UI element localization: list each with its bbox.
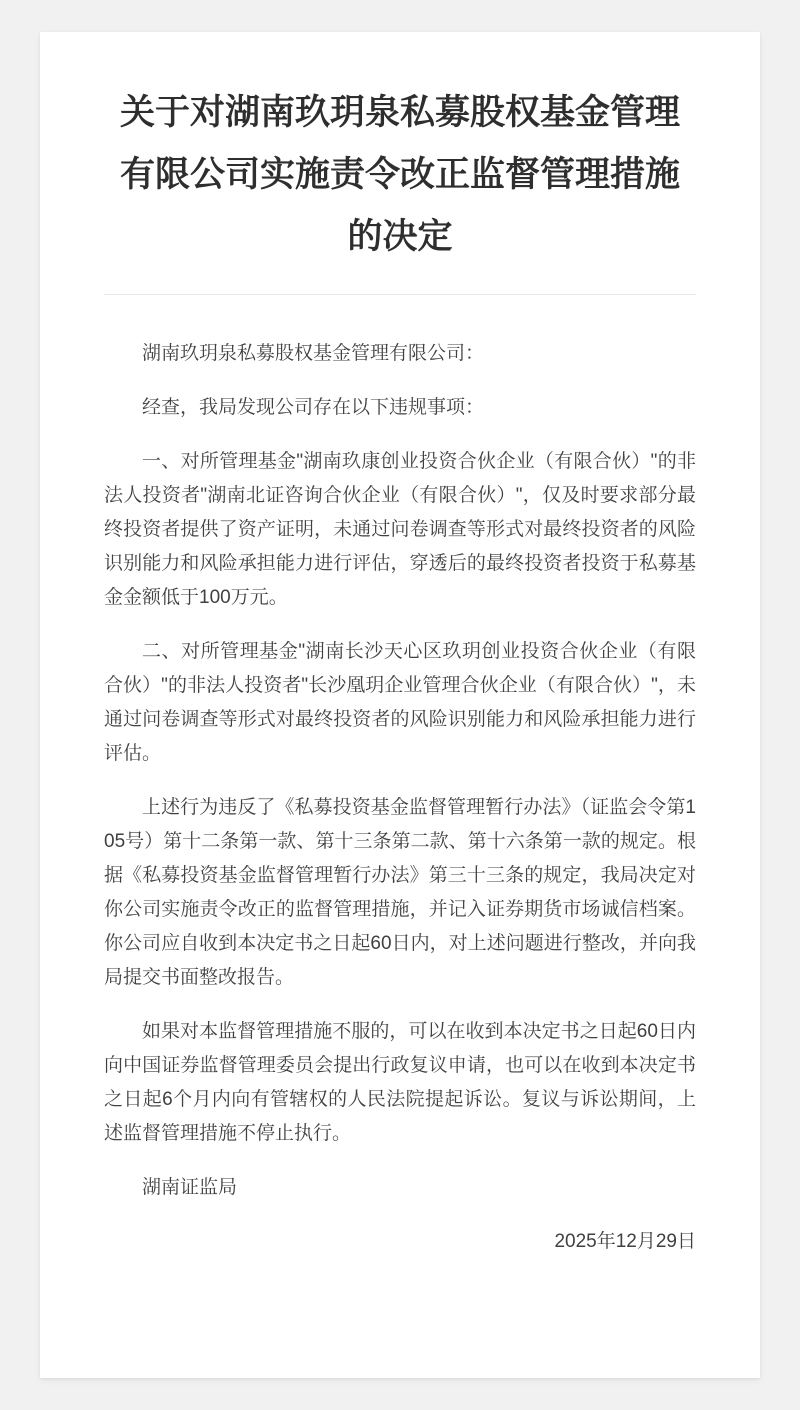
title-divider [104,294,696,295]
issuing-authority-signature: 湖南证监局 [104,1171,696,1205]
intro-paragraph: 经查，我局发现公司存在以下违规事项： [104,391,696,425]
legal-basis-paragraph: 上述行为违反了《私募投资基金监督管理暂行办法》（证监会令第105号）第十二条第一… [104,791,696,995]
violation-item-2-paragraph: 二、对所管理基金"湖南长沙天心区玖玥创业投资合伙企业（有限合伙）"的非法人投资者… [104,635,696,771]
appeal-rights-paragraph: 如果对本监督管理措施不服的，可以在收到本决定书之日起60日内向中国证券监督管理委… [104,1015,696,1151]
document-title: 关于对湖南玖玥泉私募股权基金管理有限公司实施责令改正监督管理措施的决定 [104,82,696,268]
issue-date: 2025年12月29日 [104,1225,696,1259]
document-body: 湖南玖玥泉私募股权基金管理有限公司： 经查，我局发现公司存在以下违规事项： 一、… [104,337,696,1259]
salutation-paragraph: 湖南玖玥泉私募股权基金管理有限公司： [104,337,696,371]
violation-item-1-paragraph: 一、对所管理基金"湖南玖康创业投资合伙企业（有限合伙）"的非法人投资者"湖南北证… [104,445,696,615]
document-card: 关于对湖南玖玥泉私募股权基金管理有限公司实施责令改正监督管理措施的决定 湖南玖玥… [40,32,760,1378]
